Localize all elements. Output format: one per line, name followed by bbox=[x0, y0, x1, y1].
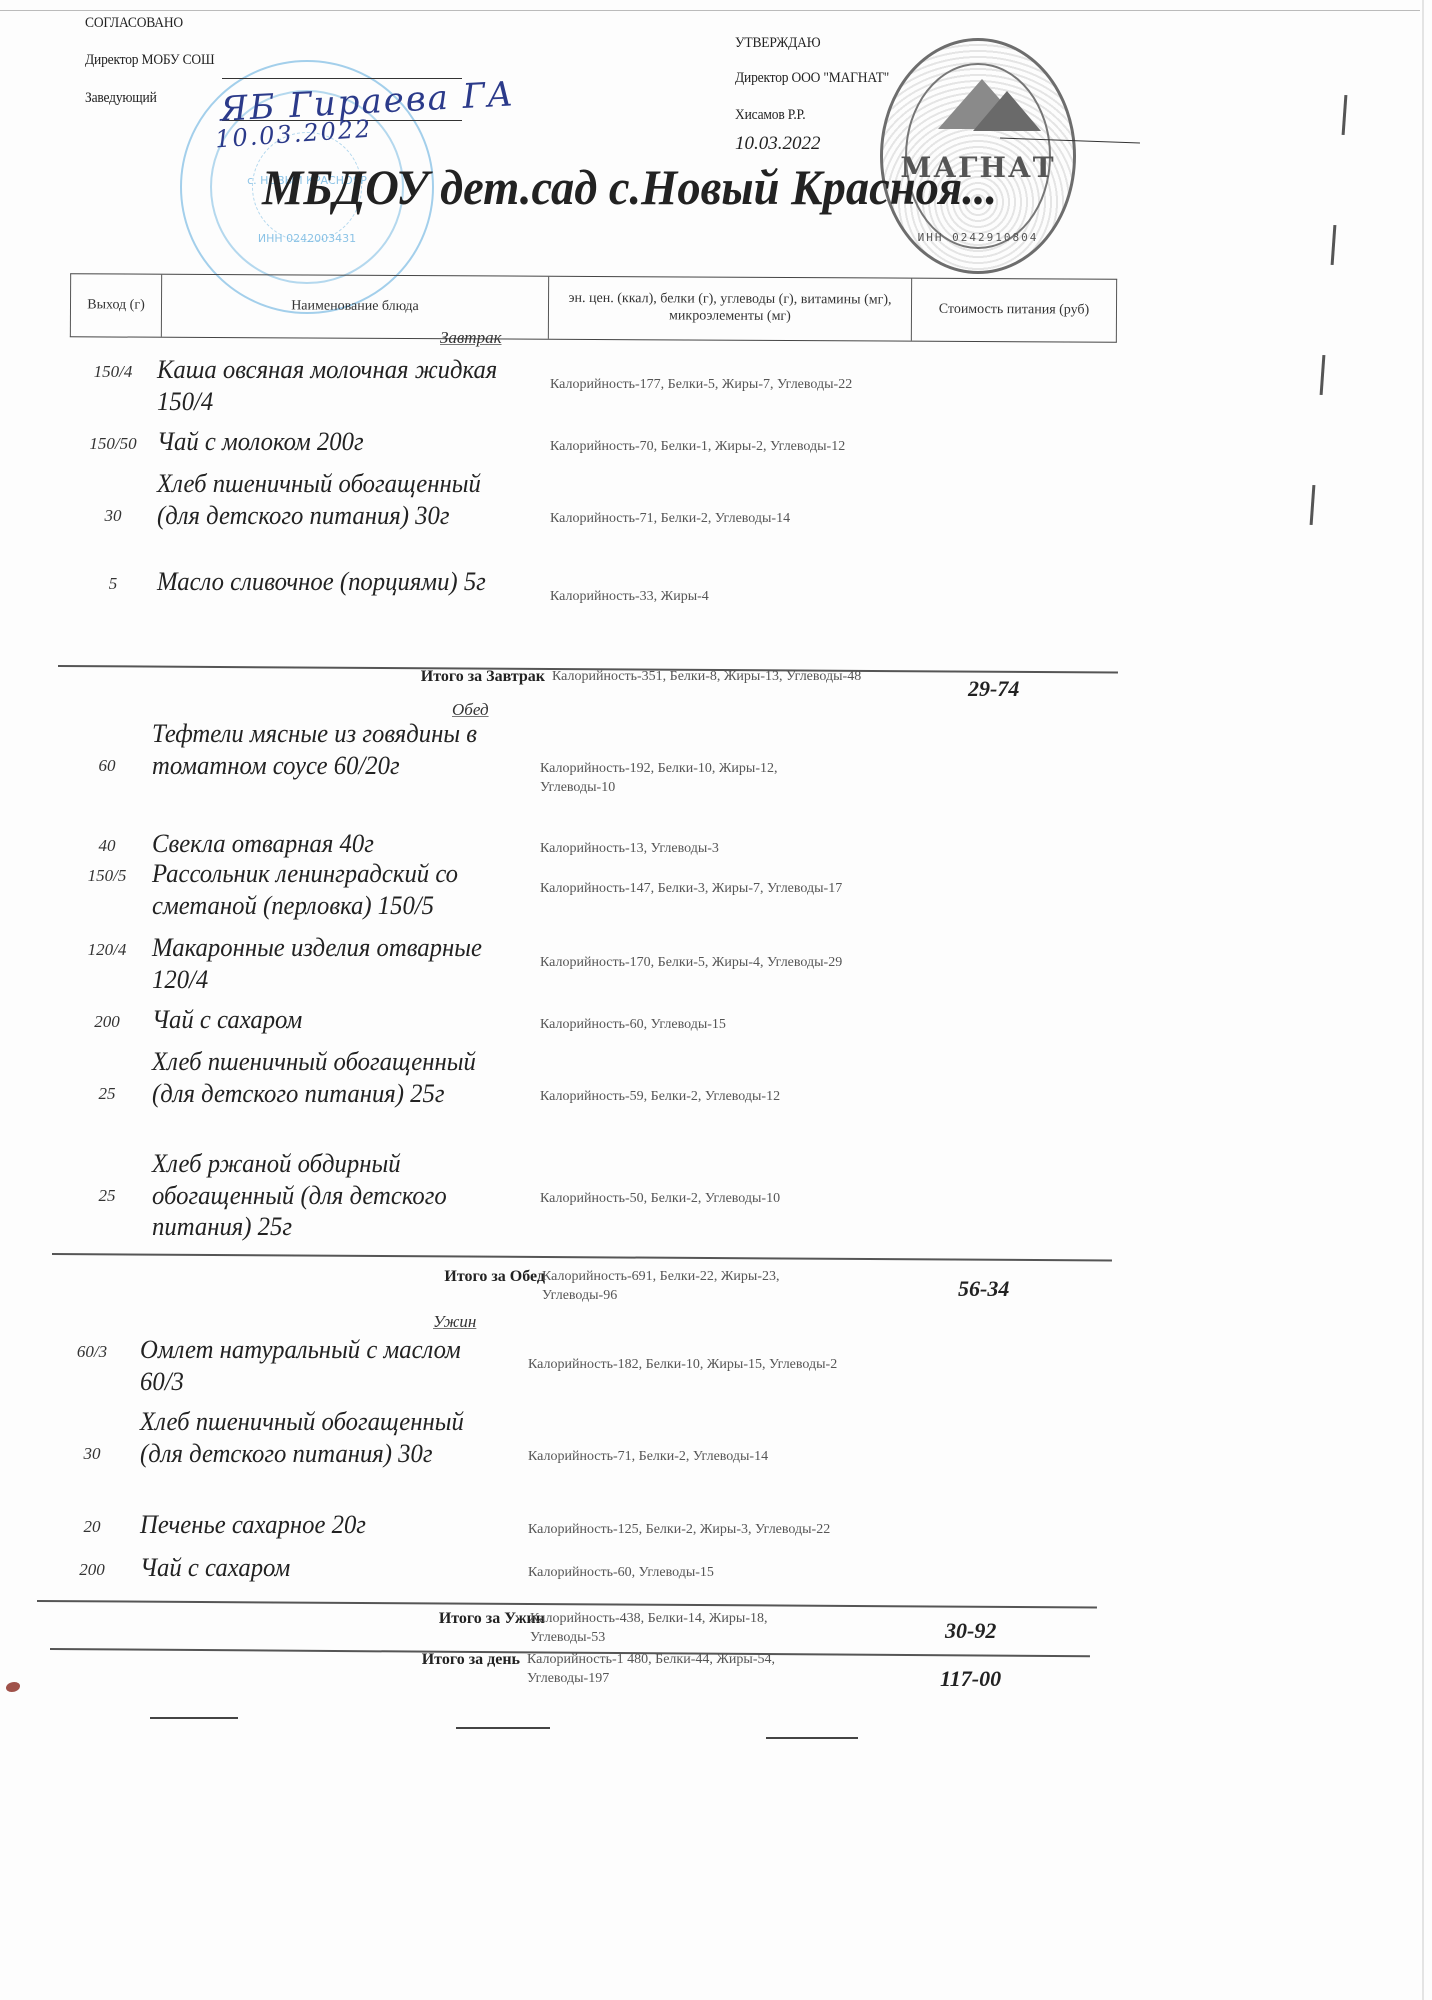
item-nutrition: Калорийность-125, Белки-2, Жиры-3, Углев… bbox=[528, 1521, 838, 1540]
section-total-cost: 29-74 bbox=[968, 676, 1019, 702]
item-yield: 200 bbox=[72, 1012, 142, 1032]
item-yield: 40 bbox=[72, 836, 142, 856]
item-nutrition: Калорийность-192, Белки-10, Жиры-12, Угл… bbox=[540, 760, 850, 798]
company-stamp: МАГНАТ ИНН 0242910804 bbox=[880, 38, 1076, 274]
item-name: Чай с сахаром bbox=[152, 1004, 494, 1036]
item-nutrition: Калорийность-71, Белки-2, Углеводы-14 bbox=[550, 510, 860, 529]
item-name: Свекла отварная 40г bbox=[152, 828, 494, 860]
item-name: Хлеб пшеничный обогащенный (для детского… bbox=[157, 468, 499, 531]
item-nutrition: Калорийность-50, Белки-2, Углеводы-10 bbox=[540, 1190, 850, 1209]
approved-left-title: СОГЛАСОВАНО bbox=[85, 15, 183, 32]
section-title: Обед bbox=[452, 700, 489, 720]
section-divider bbox=[52, 1253, 1112, 1261]
section-total-cost: 56-34 bbox=[958, 1276, 1009, 1302]
section-total-label: Итого за Ужин bbox=[340, 1610, 545, 1628]
document-title: МБДОУ дет.сад с.Новый Красноя... bbox=[262, 158, 997, 216]
approved-right-title: УТВЕРЖДАЮ bbox=[735, 35, 820, 52]
scan-mark bbox=[1310, 485, 1316, 525]
ink-smudge bbox=[6, 1682, 20, 1692]
item-nutrition: Калорийность-177, Белки-5, Жиры-7, Углев… bbox=[550, 376, 860, 395]
item-name: Рассольник ленинградский со сметаной (пе… bbox=[152, 858, 494, 921]
day-total-label: Итого за день bbox=[320, 1651, 520, 1669]
col-yield: Выход (г) bbox=[71, 274, 162, 336]
scan-mark bbox=[1331, 225, 1337, 265]
item-nutrition: Калорийность-182, Белки-10, Жиры-15, Угл… bbox=[528, 1356, 838, 1375]
item-nutrition: Калорийность-71, Белки-2, Углеводы-14 bbox=[528, 1448, 838, 1467]
section-total-nutrition: Калорийность-351, Белки-8, Жиры-13, Угле… bbox=[552, 668, 862, 687]
section-total-cost: 30-92 bbox=[945, 1618, 996, 1644]
item-name: Хлеб ржаной обдирный обогащенный (для де… bbox=[152, 1148, 494, 1243]
item-name: Макаронные изделия отварные 120/4 bbox=[152, 932, 494, 995]
item-nutrition: Калорийность-60, Углеводы-15 bbox=[528, 1564, 838, 1583]
item-yield: 30 bbox=[57, 1444, 127, 1464]
item-yield: 150/5 bbox=[72, 866, 142, 886]
section-title: Ужин bbox=[433, 1312, 476, 1332]
footer-signature-line bbox=[456, 1727, 550, 1729]
item-yield: 25 bbox=[72, 1186, 142, 1206]
approved-right-line1: Директор ООО "МАГНАТ" bbox=[735, 70, 889, 87]
section-divider bbox=[37, 1600, 1097, 1608]
scan-mark bbox=[1342, 95, 1348, 135]
item-name: Хлеб пшеничный обогащенный (для детского… bbox=[140, 1406, 482, 1469]
item-yield: 60 bbox=[72, 756, 142, 776]
item-nutrition: Калорийность-13, Углеводы-3 bbox=[540, 840, 850, 859]
scan-right-edge bbox=[1422, 0, 1424, 2000]
section-total-nutrition: Калорийность-438, Белки-14, Жиры-18, Угл… bbox=[530, 1610, 840, 1648]
stamp-inn: ИНН 0242910804 bbox=[883, 231, 1073, 244]
item-yield: 200 bbox=[57, 1560, 127, 1580]
item-yield: 20 bbox=[57, 1517, 127, 1537]
approved-left-line2: Заведующий bbox=[85, 90, 157, 107]
table-header: Выход (г) Наименование блюда эн. цен. (к… bbox=[70, 273, 1117, 342]
item-nutrition: Калорийность-59, Белки-2, Углеводы-12 bbox=[540, 1088, 850, 1107]
section-total-label: Итого за Обед bbox=[340, 1268, 545, 1286]
item-name: Хлеб пшеничный обогащенный (для детского… bbox=[152, 1046, 494, 1109]
day-total-cost: 117-00 bbox=[940, 1666, 1001, 1692]
item-yield: 30 bbox=[78, 506, 148, 526]
item-nutrition: Калорийность-170, Белки-5, Жиры-4, Углев… bbox=[540, 954, 850, 973]
section-title: Завтрак bbox=[440, 328, 502, 348]
item-nutrition: Калорийность-70, Белки-1, Жиры-2, Углево… bbox=[550, 438, 860, 457]
item-yield: 150/4 bbox=[78, 362, 148, 382]
item-name: Чай с сахаром bbox=[140, 1552, 482, 1584]
item-name: Масло сливочное (порциями) 5г bbox=[157, 566, 499, 598]
item-yield: 60/3 bbox=[57, 1342, 127, 1362]
scan-mark bbox=[1320, 355, 1326, 395]
section-total-nutrition: Калорийность-691, Белки-22, Жиры-23, Угл… bbox=[542, 1268, 852, 1306]
footer-signature-line bbox=[150, 1717, 238, 1719]
col-cost: Стоимость питания (руб) bbox=[912, 279, 1116, 342]
item-nutrition: Калорийность-147, Белки-3, Жиры-7, Углев… bbox=[540, 880, 850, 899]
col-nutrition: эн. цен. (ккал), белки (г), углеводы (г)… bbox=[549, 277, 912, 341]
approved-right-line2: Хисамов Р.Р. bbox=[735, 107, 805, 124]
item-name: Печенье сахарное 20г bbox=[140, 1509, 482, 1541]
scan-top-edge bbox=[0, 10, 1420, 11]
item-name: Тефтели мясные из говядины в томатном со… bbox=[152, 718, 494, 781]
item-yield: 25 bbox=[72, 1084, 142, 1104]
approved-left-line1: Директор МОБУ СОШ bbox=[85, 52, 214, 69]
item-yield: 150/50 bbox=[78, 434, 148, 454]
day-total-nutrition: Калорийность-1 480, Белки-44, Жиры-54, У… bbox=[527, 1651, 837, 1689]
section-total-label: Итого за Завтрак bbox=[340, 668, 545, 686]
stamp-inn: ИНН 0242003431 bbox=[182, 232, 432, 245]
item-name: Омлет натуральный с маслом 60/3 bbox=[140, 1334, 482, 1397]
item-name: Каша овсяная молочная жидкая 150/4 bbox=[157, 354, 499, 417]
item-yield: 120/4 bbox=[72, 940, 142, 960]
item-nutrition: Калорийность-33, Жиры-4 bbox=[550, 588, 860, 607]
item-name: Чай с молоком 200г bbox=[157, 426, 499, 458]
item-nutrition: Калорийность-60, Углеводы-15 bbox=[540, 1016, 850, 1035]
item-yield: 5 bbox=[78, 574, 148, 594]
approved-right-date: 10.03.2022 bbox=[735, 133, 821, 155]
footer-signature-line bbox=[766, 1737, 858, 1739]
